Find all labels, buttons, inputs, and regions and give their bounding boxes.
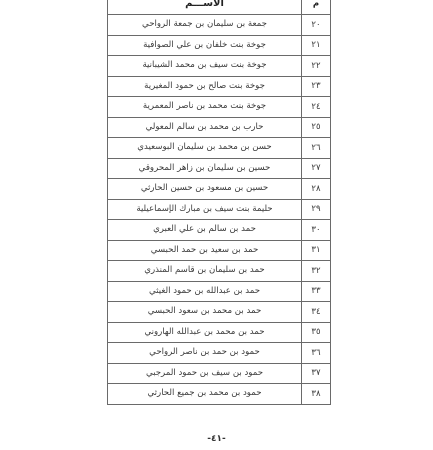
- row-name: حمد بن عبدالله بن حمود الغيثي: [108, 281, 302, 302]
- table-row: ٣٧حمود بن سيف بن حمود المرجبي: [108, 363, 331, 384]
- row-name: حمود بن حمد بن ناصر الرواحي: [108, 343, 302, 364]
- table-row: ٢٤جوخة بنت محمد بن ناصر المعمرية: [108, 97, 331, 118]
- table-row: ٢٥حارب بن محمد بن سالم المعولي: [108, 117, 331, 138]
- row-number: ٣٦: [302, 343, 331, 364]
- row-name: جوخة بنت خلفان بن علي الصوافية: [108, 35, 302, 56]
- row-name: حسين بن مسعود بن حسين الحارثي: [108, 179, 302, 200]
- row-number: ٣٨: [302, 384, 331, 405]
- row-name: جوخة بنت محمد بن ناصر المعمرية: [108, 97, 302, 118]
- table-row: ٢٢جوخة بنت سيف بن محمد الشيبانية: [108, 56, 331, 77]
- table-row: ٣٤حمد بن محمد بن سعود الحبسي: [108, 302, 331, 323]
- row-name: حمود بن سيف بن حمود المرجبي: [108, 363, 302, 384]
- table-row: ٣٦حمود بن حمد بن ناصر الرواحي: [108, 343, 331, 364]
- table-row: ٣٣حمد بن عبدالله بن حمود الغيثي: [108, 281, 331, 302]
- table-row: ٣٨حمود بن محمد بن جميع الحارثي: [108, 384, 331, 405]
- row-number: ٢٧: [302, 158, 331, 179]
- table-row: ٢٨حسين بن مسعود بن حسين الحارثي: [108, 179, 331, 200]
- header-name: الاســـم: [108, 0, 302, 15]
- row-name: حسن بن محمد بن سليمان البوسعيدي: [108, 138, 302, 159]
- row-name: حارب بن محمد بن سالم المعولي: [108, 117, 302, 138]
- row-number: ٢٥: [302, 117, 331, 138]
- row-name: جوخة بنت سيف بن محمد الشيبانية: [108, 56, 302, 77]
- row-name: حسين بن سليمان بن زاهر المحروقي: [108, 158, 302, 179]
- table-row: ٢٩حليمة بنت سيف بن مبارك الإسماعيلية: [108, 199, 331, 220]
- page-number: -٤١-: [0, 434, 433, 444]
- row-number: ٢٨: [302, 179, 331, 200]
- table-header-row: م الاســـم: [108, 0, 331, 15]
- names-table: م الاســـم ٢٠جمعة بن سليمان بن جمعة الرو…: [107, 0, 331, 405]
- table-row: ٣٠حمد بن سالم بن علي العبري: [108, 220, 331, 241]
- table-row: ٢١جوخة بنت خلفان بن علي الصوافية: [108, 35, 331, 56]
- table-row: ٢٦حسن بن محمد بن سليمان البوسعيدي: [108, 138, 331, 159]
- row-name: جوخة بنت صالح بن حمود المغيرية: [108, 76, 302, 97]
- names-table-container: م الاســـم ٢٠جمعة بن سليمان بن جمعة الرو…: [107, 0, 331, 405]
- row-number: ٢٩: [302, 199, 331, 220]
- table-row: ٣٢حمد بن سليمان بن قاسم المنذري: [108, 261, 331, 282]
- row-name: حمود بن محمد بن جميع الحارثي: [108, 384, 302, 405]
- row-name: حليمة بنت سيف بن مبارك الإسماعيلية: [108, 199, 302, 220]
- row-number: ٣٤: [302, 302, 331, 323]
- row-number: ٢٠: [302, 15, 331, 36]
- row-number: ٢٤: [302, 97, 331, 118]
- row-name: حمد بن سليمان بن قاسم المنذري: [108, 261, 302, 282]
- row-number: ٢٣: [302, 76, 331, 97]
- row-number: ٣١: [302, 240, 331, 261]
- row-name: حمد بن محمد بن سعود الحبسي: [108, 302, 302, 323]
- table-row: ٣١حمد بن سعيد بن حمد الحبسي: [108, 240, 331, 261]
- table-row: ٣٥حمد بن محمد بن عبدالله الهاروني: [108, 322, 331, 343]
- table-row: ٢٠جمعة بن سليمان بن جمعة الرواحي: [108, 15, 331, 36]
- row-number: ٢٢: [302, 56, 331, 77]
- table-row: ٢٣جوخة بنت صالح بن حمود المغيرية: [108, 76, 331, 97]
- row-name: جمعة بن سليمان بن جمعة الرواحي: [108, 15, 302, 36]
- row-name: حمد بن سعيد بن حمد الحبسي: [108, 240, 302, 261]
- row-number: ٢١: [302, 35, 331, 56]
- row-number: ٢٦: [302, 138, 331, 159]
- table-body: ٢٠جمعة بن سليمان بن جمعة الرواحي ٢١جوخة …: [108, 15, 331, 405]
- row-name: حمد بن محمد بن عبدالله الهاروني: [108, 322, 302, 343]
- row-number: ٣٣: [302, 281, 331, 302]
- row-number: ٣٥: [302, 322, 331, 343]
- row-number: ٣٢: [302, 261, 331, 282]
- row-number: ٣٠: [302, 220, 331, 241]
- table-row: ٢٧حسين بن سليمان بن زاهر المحروقي: [108, 158, 331, 179]
- header-number: م: [302, 0, 331, 15]
- row-number: ٣٧: [302, 363, 331, 384]
- row-name: حمد بن سالم بن علي العبري: [108, 220, 302, 241]
